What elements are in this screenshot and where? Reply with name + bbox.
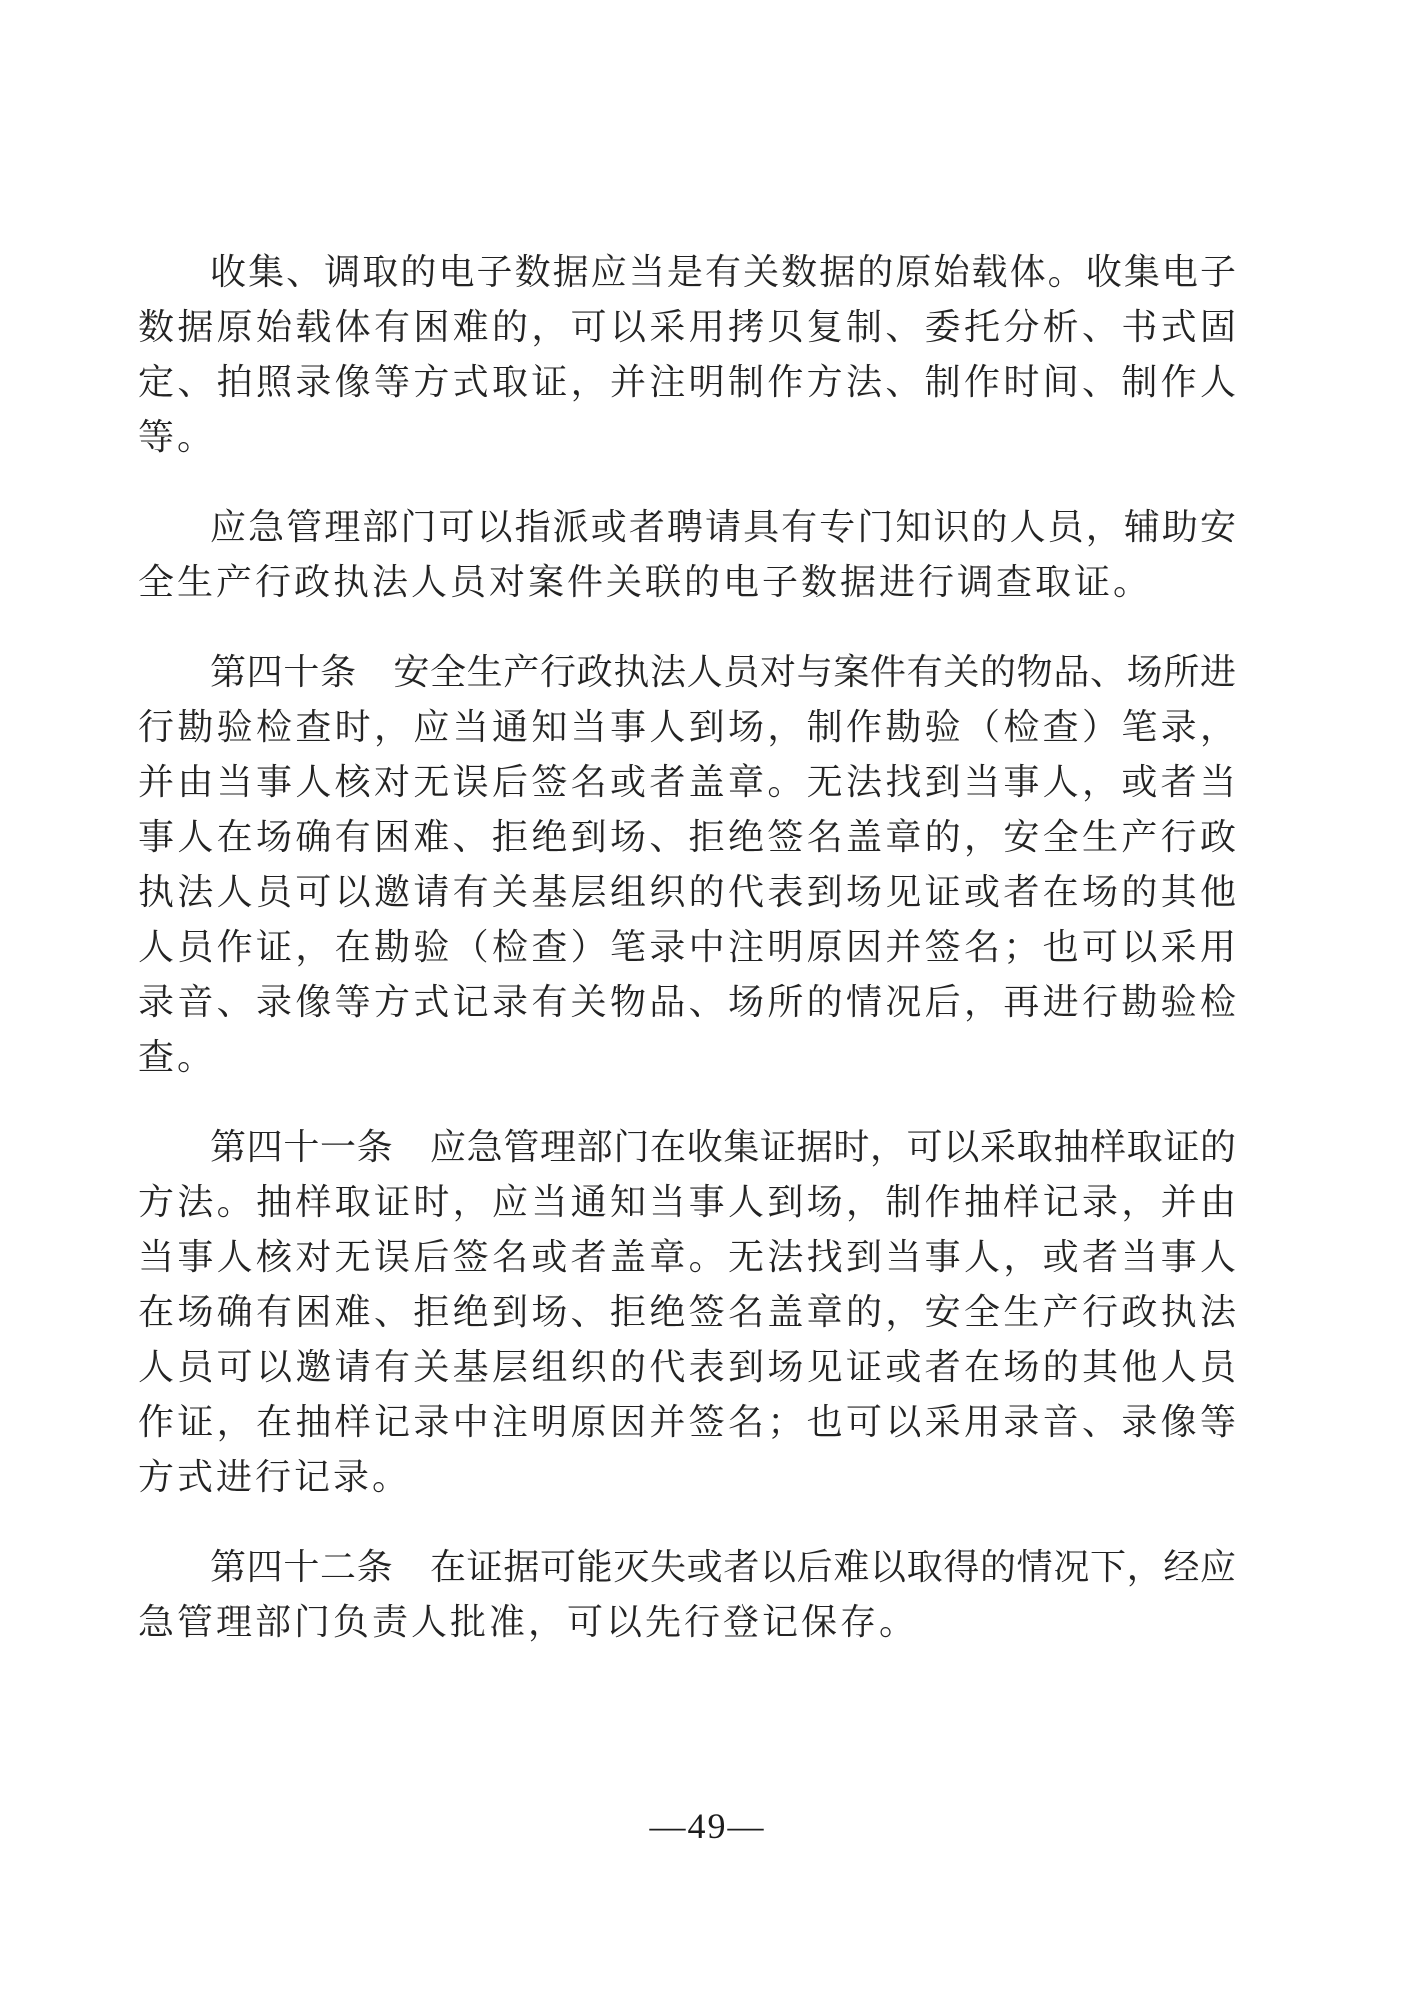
text-line: 定、拍照录像等方式取证，并注明制作方法、制作时间、制作人 <box>138 355 1236 410</box>
text-line: 应急管理部门可以指派或者聘请具有专门知识的人员，辅助安 <box>138 500 1236 555</box>
paragraph: 第四十二条 在证据可能灭失或者以后难以取得的情况下，经应急管理部门负责人批准，可… <box>138 1540 1236 1650</box>
text-line: 执法人员可以邀请有关基层组织的代表到场见证或者在场的其他 <box>138 865 1236 920</box>
text-line: 全生产行政执法人员对案件关联的电子数据进行调查取证。 <box>138 555 1236 610</box>
text-line: 事人在场确有困难、拒绝到场、拒绝签名盖章的，安全生产行政 <box>138 810 1236 865</box>
text-line: 录音、录像等方式记录有关物品、场所的情况后，再进行勘验检 <box>138 975 1236 1030</box>
text-line: 第四十条 安全生产行政执法人员对与案件有关的物品、场所进 <box>138 645 1236 700</box>
text-line: 收集、调取的电子数据应当是有关数据的原始载体。收集电子 <box>138 245 1236 300</box>
document-page: 收集、调取的电子数据应当是有关数据的原始载体。收集电子数据原始载体有困难的，可以… <box>0 0 1415 2000</box>
paragraph: 收集、调取的电子数据应当是有关数据的原始载体。收集电子数据原始载体有困难的，可以… <box>138 245 1236 465</box>
document-body: 收集、调取的电子数据应当是有关数据的原始载体。收集电子数据原始载体有困难的，可以… <box>138 245 1236 1650</box>
text-line: 人员可以邀请有关基层组织的代表到场见证或者在场的其他人员 <box>138 1340 1236 1395</box>
text-line: 方法。抽样取证时，应当通知当事人到场，制作抽样记录，并由 <box>138 1175 1236 1230</box>
text-line: 行勘验检查时，应当通知当事人到场，制作勘验（检查）笔录， <box>138 700 1236 755</box>
text-line: 方式进行记录。 <box>138 1450 1236 1505</box>
text-line: 人员作证，在勘验（检查）笔录中注明原因并签名；也可以采用 <box>138 920 1236 975</box>
text-line: 作证，在抽样记录中注明原因并签名；也可以采用录音、录像等 <box>138 1395 1236 1450</box>
text-line: 查。 <box>138 1030 1236 1085</box>
paragraph: 应急管理部门可以指派或者聘请具有专门知识的人员，辅助安全生产行政执法人员对案件关… <box>138 500 1236 610</box>
paragraph: 第四十一条 应急管理部门在收集证据时，可以采取抽样取证的方法。抽样取证时，应当通… <box>138 1120 1236 1505</box>
text-line: 等。 <box>138 410 1236 465</box>
text-line: 急管理部门负责人批准，可以先行登记保存。 <box>138 1595 1236 1650</box>
page-number: —49— <box>0 1806 1415 1846</box>
paragraph: 第四十条 安全生产行政执法人员对与案件有关的物品、场所进行勘验检查时，应当通知当… <box>138 645 1236 1085</box>
text-line: 数据原始载体有困难的，可以采用拷贝复制、委托分析、书式固 <box>138 300 1236 355</box>
text-line: 第四十二条 在证据可能灭失或者以后难以取得的情况下，经应 <box>138 1540 1236 1595</box>
text-line: 并由当事人核对无误后签名或者盖章。无法找到当事人，或者当 <box>138 755 1236 810</box>
text-line: 在场确有困难、拒绝到场、拒绝签名盖章的，安全生产行政执法 <box>138 1285 1236 1340</box>
text-line: 当事人核对无误后签名或者盖章。无法找到当事人，或者当事人 <box>138 1230 1236 1285</box>
text-line: 第四十一条 应急管理部门在收集证据时，可以采取抽样取证的 <box>138 1120 1236 1175</box>
